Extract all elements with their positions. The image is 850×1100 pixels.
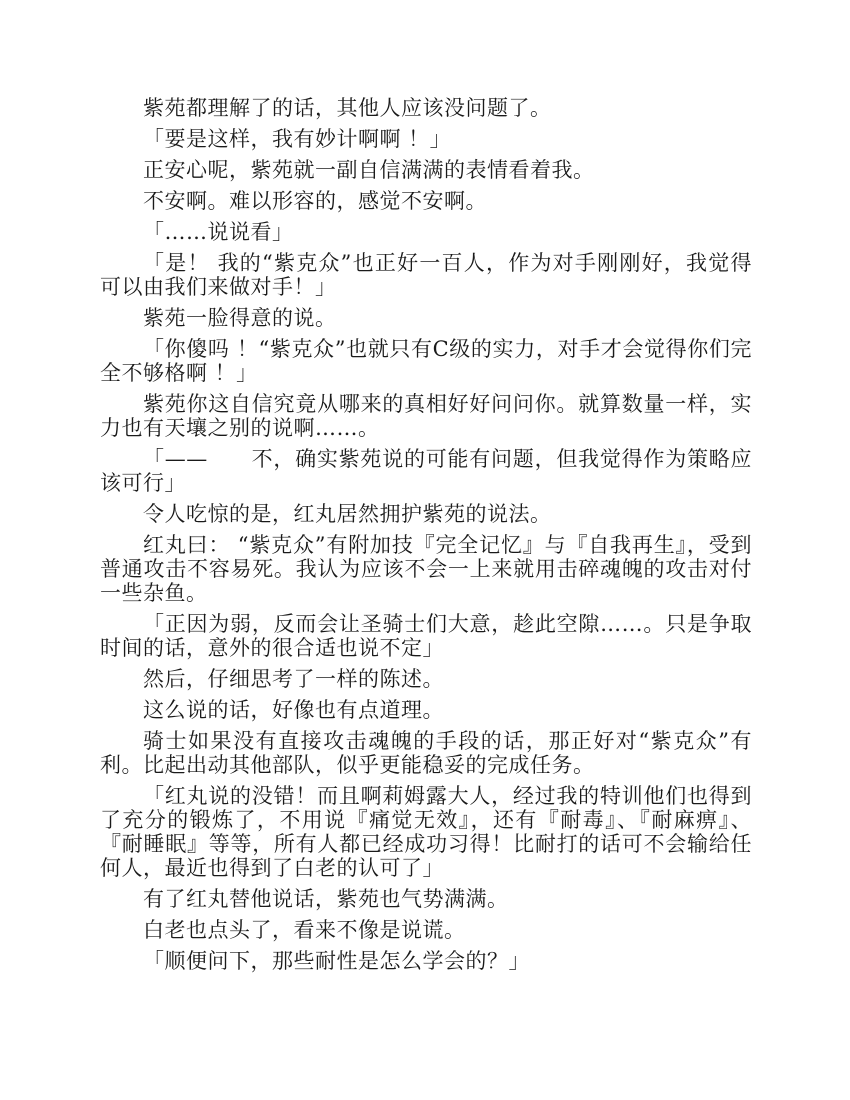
paragraph: 红丸曰： “紫克众”有附加技『完全记忆』与『自我再生』，受到普通攻击不容易死。我… [100,533,752,605]
paragraph: 骑士如果没有直接攻击魂魄的手段的话，那正好对“紫克众”有利。比起出动其他部队，似… [100,729,752,777]
paragraph: 「你傻吗 ！“紫克众”也就只有C级的实力，对手才会觉得你们完全不够格啊 ！」 [100,337,752,385]
document-page: 紫苑都理解了的话，其他人应该没问题了。 「要是这样，我有妙计啊啊 ！」 正安心呢… [100,96,752,980]
paragraph: 这么说的话，好像也有点道理。 [100,698,752,722]
paragraph: 「顺便问下，那些耐性是怎么学会的？」 [100,949,752,973]
paragraph: 紫苑都理解了的话，其他人应该没问题了。 [100,96,752,120]
paragraph: 令人吃惊的是，红丸居然拥护紫苑的说法。 [100,502,752,526]
paragraph: 「是！ 我的“紫克众”也正好一百人，作为对手刚刚好，我觉得可以由我们来做对手！」 [100,251,752,299]
paragraph: 紫苑你这自信究竟从哪来的真相好好问问你。就算数量一样，实力也有天壤之别的说啊……… [100,392,752,440]
paragraph: 正安心呢，紫苑就一副自信满满的表情看着我。 [100,158,752,182]
paragraph: 然后，仔细思考了一样的陈述。 [100,667,752,691]
paragraph: 「正因为弱，反而会让圣骑士们大意，趁此空隙……。只是争取时间的话，意外的很合适也… [100,612,752,660]
paragraph: 不安啊。难以形容的，感觉不安啊。 [100,189,752,213]
paragraph: 有了红丸替他说话，紫苑也气势满满。 [100,887,752,911]
paragraph: 「红丸说的没错！而且啊莉姆露大人，经过我的特训他们也得到了充分的锻炼了，不用说『… [100,784,752,880]
paragraph: 「—— 不，确实紫苑说的可能有问题，但我觉得作为策略应该可行」 [100,447,752,495]
paragraph: 白老也点头了，看来不像是说谎。 [100,918,752,942]
paragraph: 「……说说看」 [100,220,752,244]
paragraph: 紫苑一脸得意的说。 [100,306,752,330]
paragraph: 「要是这样，我有妙计啊啊 ！」 [100,127,752,151]
